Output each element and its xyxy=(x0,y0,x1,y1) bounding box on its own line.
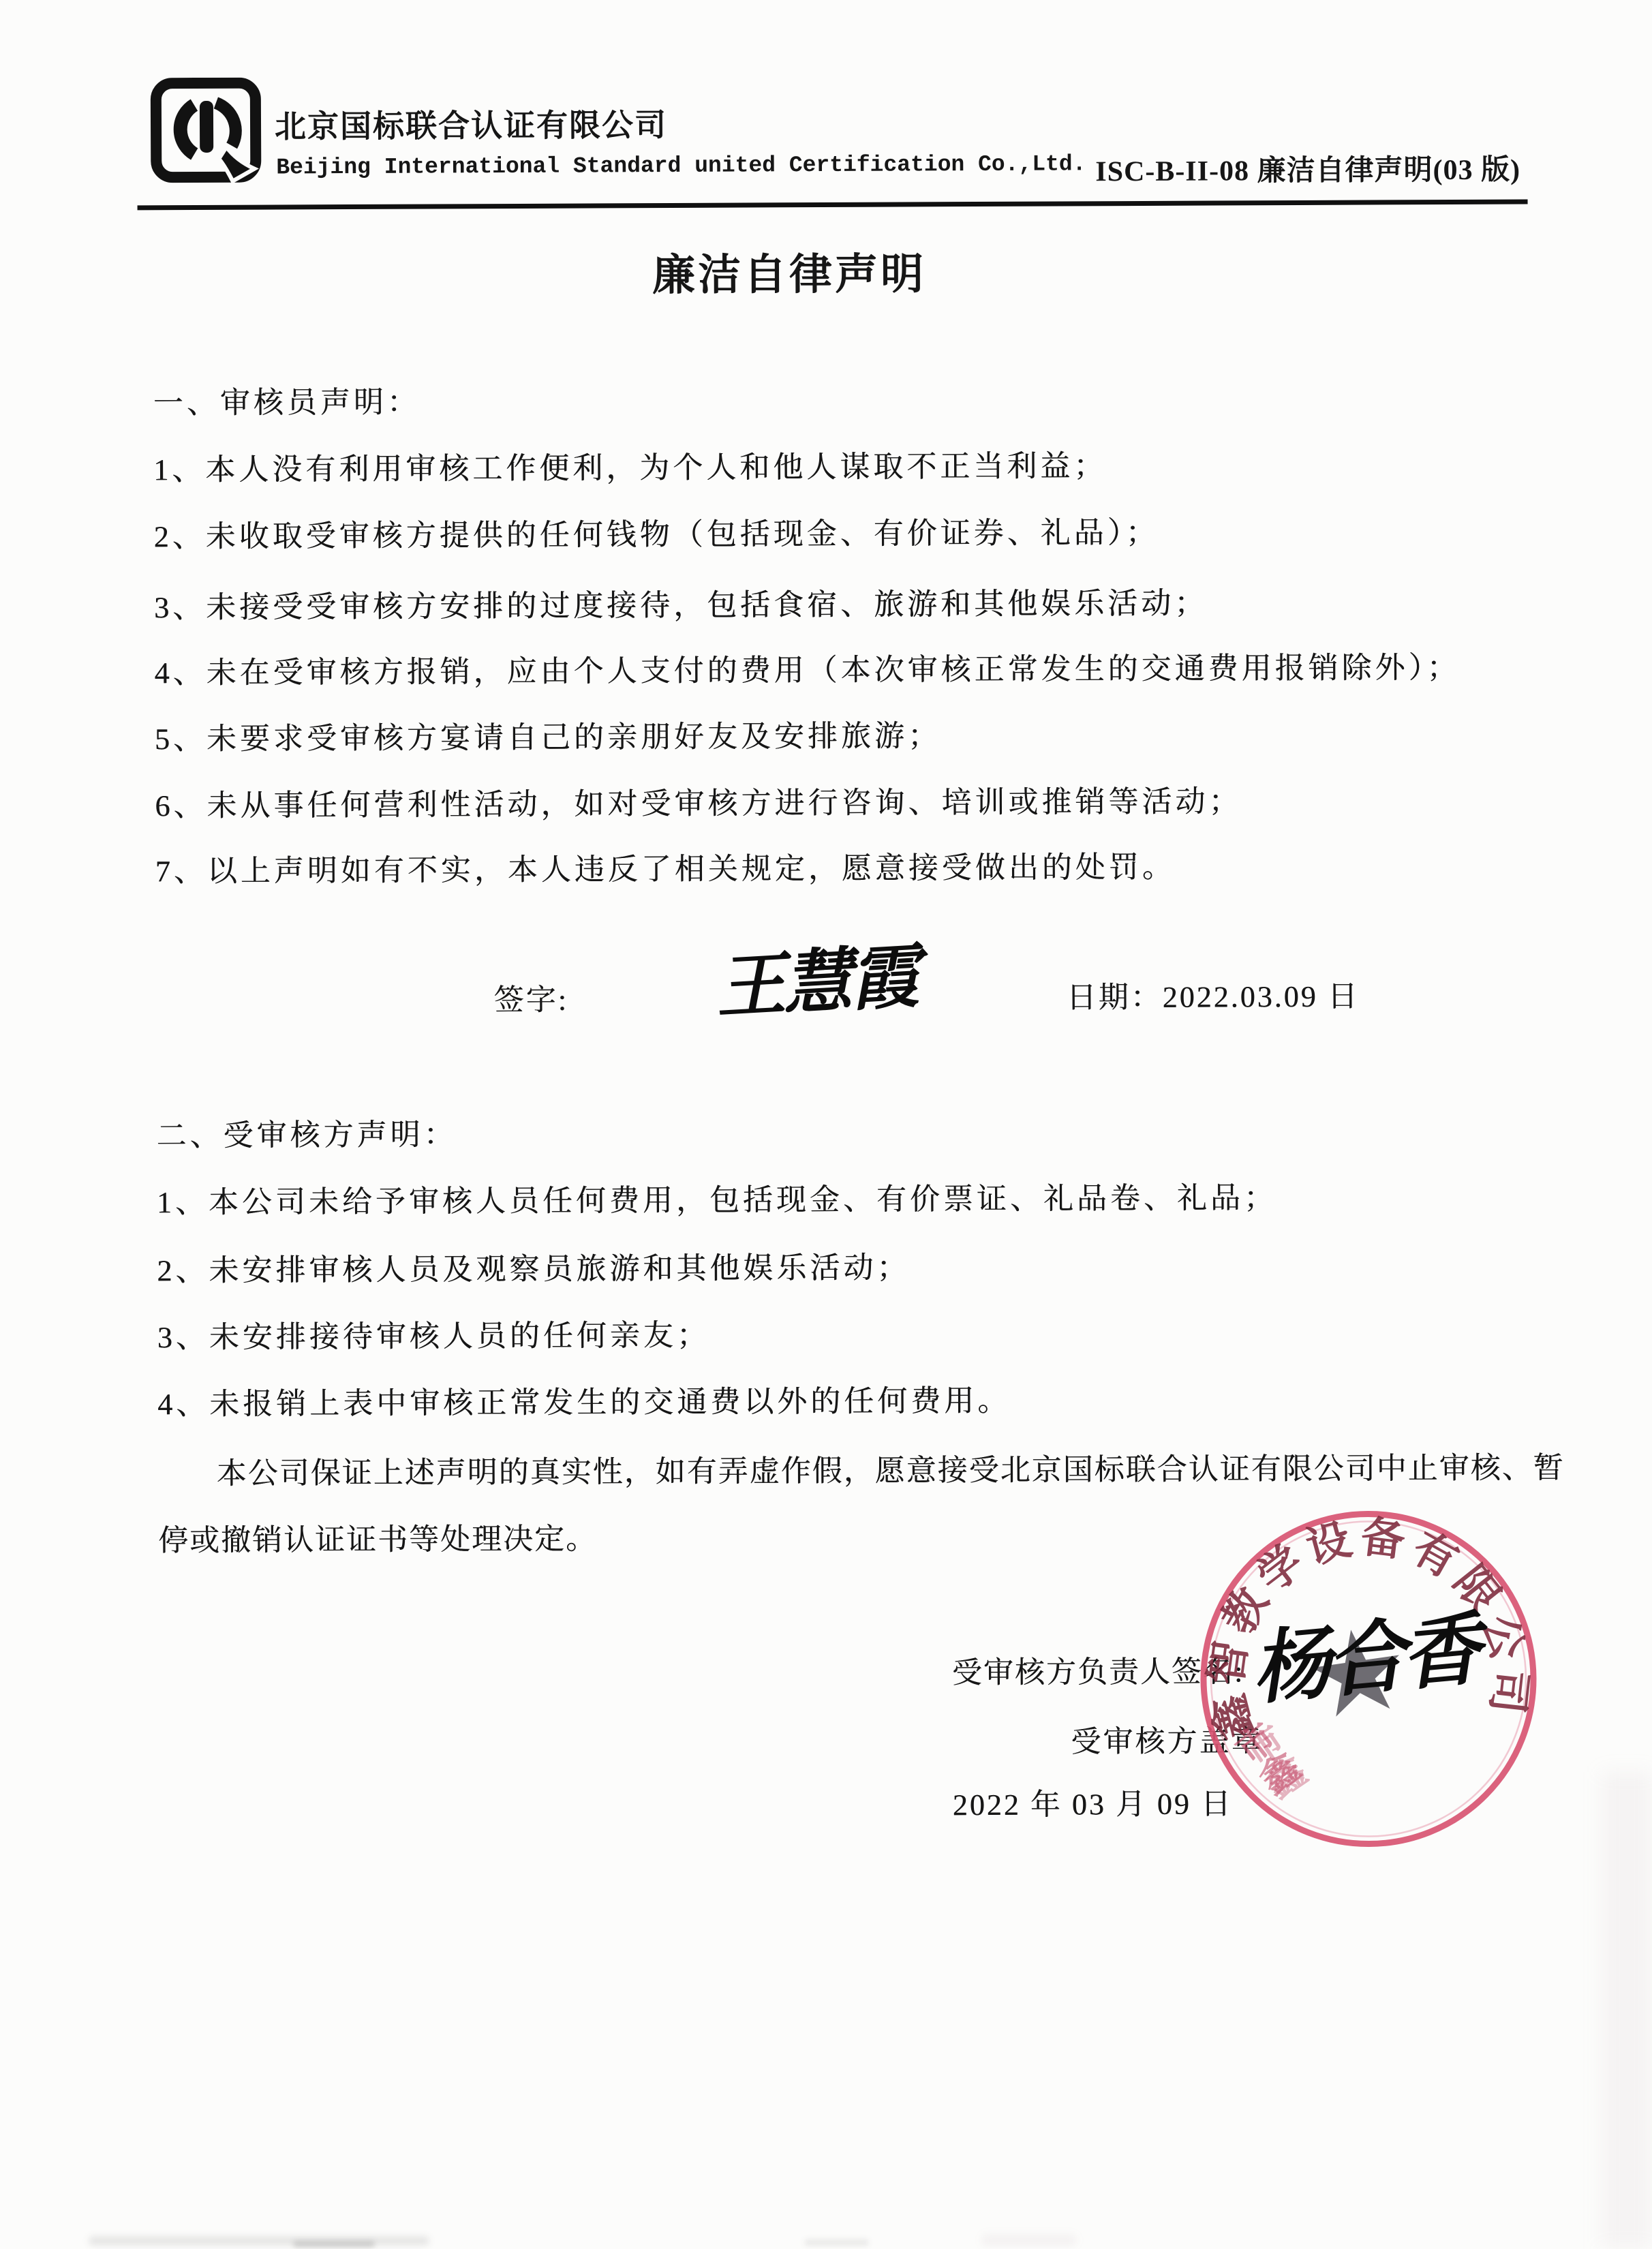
auditor-sign-label: 签字: xyxy=(494,985,568,1015)
auditor-section-heading: 一、审核员声明： xyxy=(153,388,420,419)
scanned-document-page: 北京国标联合认证有限公司 Beijing International Stand… xyxy=(0,0,1652,2249)
auditor-date: 日期：2022.03.09 日 xyxy=(1067,982,1360,1013)
auditee-section-heading: 二、受审核方声明： xyxy=(156,1120,457,1151)
page-title: 廉洁自律声明 xyxy=(0,236,1649,306)
auditor-signature: 王慧霞 xyxy=(714,943,918,1024)
document-content: 北京国标联合认证有限公司 Beijing International Stand… xyxy=(0,0,1652,2249)
closing-paragraph-line-2: 停或撤销认证证书等处理决定。 xyxy=(158,1524,597,1556)
auditee-item-2: 2、未安排审核人员及观察员旅游和其他娱乐活动； xyxy=(157,1253,910,1286)
auditor-item-5: 5、未要求受审核方宴请自己的亲朋好友及安排旅游； xyxy=(155,721,941,754)
header-rule xyxy=(138,199,1528,210)
company-name-en: Beijing International Standard united Ce… xyxy=(276,151,1086,180)
auditee-item-3: 3、未安排接待审核人员的任何亲友； xyxy=(157,1321,710,1353)
scan-artifact xyxy=(981,2234,1077,2246)
scan-artifact xyxy=(804,2239,869,2246)
auditor-item-1: 1、本人没有利用审核工作便利，为个人和他人谋取不正当利益； xyxy=(153,451,1107,485)
auditee-item-1: 1、本公司未给予审核人员任何费用，包括现金、有价票证、礼品卷、礼品； xyxy=(157,1183,1277,1218)
auditor-item-4: 4、未在受审核方报销，应由个人支付的费用（本次审核正常发生的交通费用报销除外）； xyxy=(154,653,1460,688)
auditee-signature: 杨合香 xyxy=(1249,1611,1480,1711)
auditor-item-7: 7、以上声明如有不实，本人违反了相关规定，愿意接受做出的处罚。 xyxy=(155,853,1176,887)
scan-artifact xyxy=(293,2241,375,2248)
closing-paragraph-line-1: 本公司保证上述声明的真实性，如有弄虚作假，愿意接受北京国标联合认证有限公司中止审… xyxy=(217,1453,1565,1489)
auditor-item-2: 2、未收取受审核方提供的任何钱物（包括现金、有价证券、礼品）； xyxy=(154,518,1159,552)
auditee-item-4: 4、未报销上表中审核正常发生的交通费以外的任何费用。 xyxy=(157,1386,1011,1420)
doc-code: ISC-B-II-08 廉洁自律声明(03 版) xyxy=(1095,147,1520,190)
certification-logo-icon xyxy=(149,78,266,194)
scan-edge-shading xyxy=(1602,1772,1652,2249)
company-name-cn: 北京国标联合认证有限公司 xyxy=(275,100,667,147)
auditor-item-6: 6、未从事任何营利性活动，如对受审核方进行咨询、培训或推销等活动； xyxy=(155,786,1242,821)
auditor-item-3: 3、未接受受审核方安排的过度接待，包括食宿、旅游和其他娱乐活动； xyxy=(154,589,1208,624)
scan-artifact xyxy=(89,2236,429,2246)
